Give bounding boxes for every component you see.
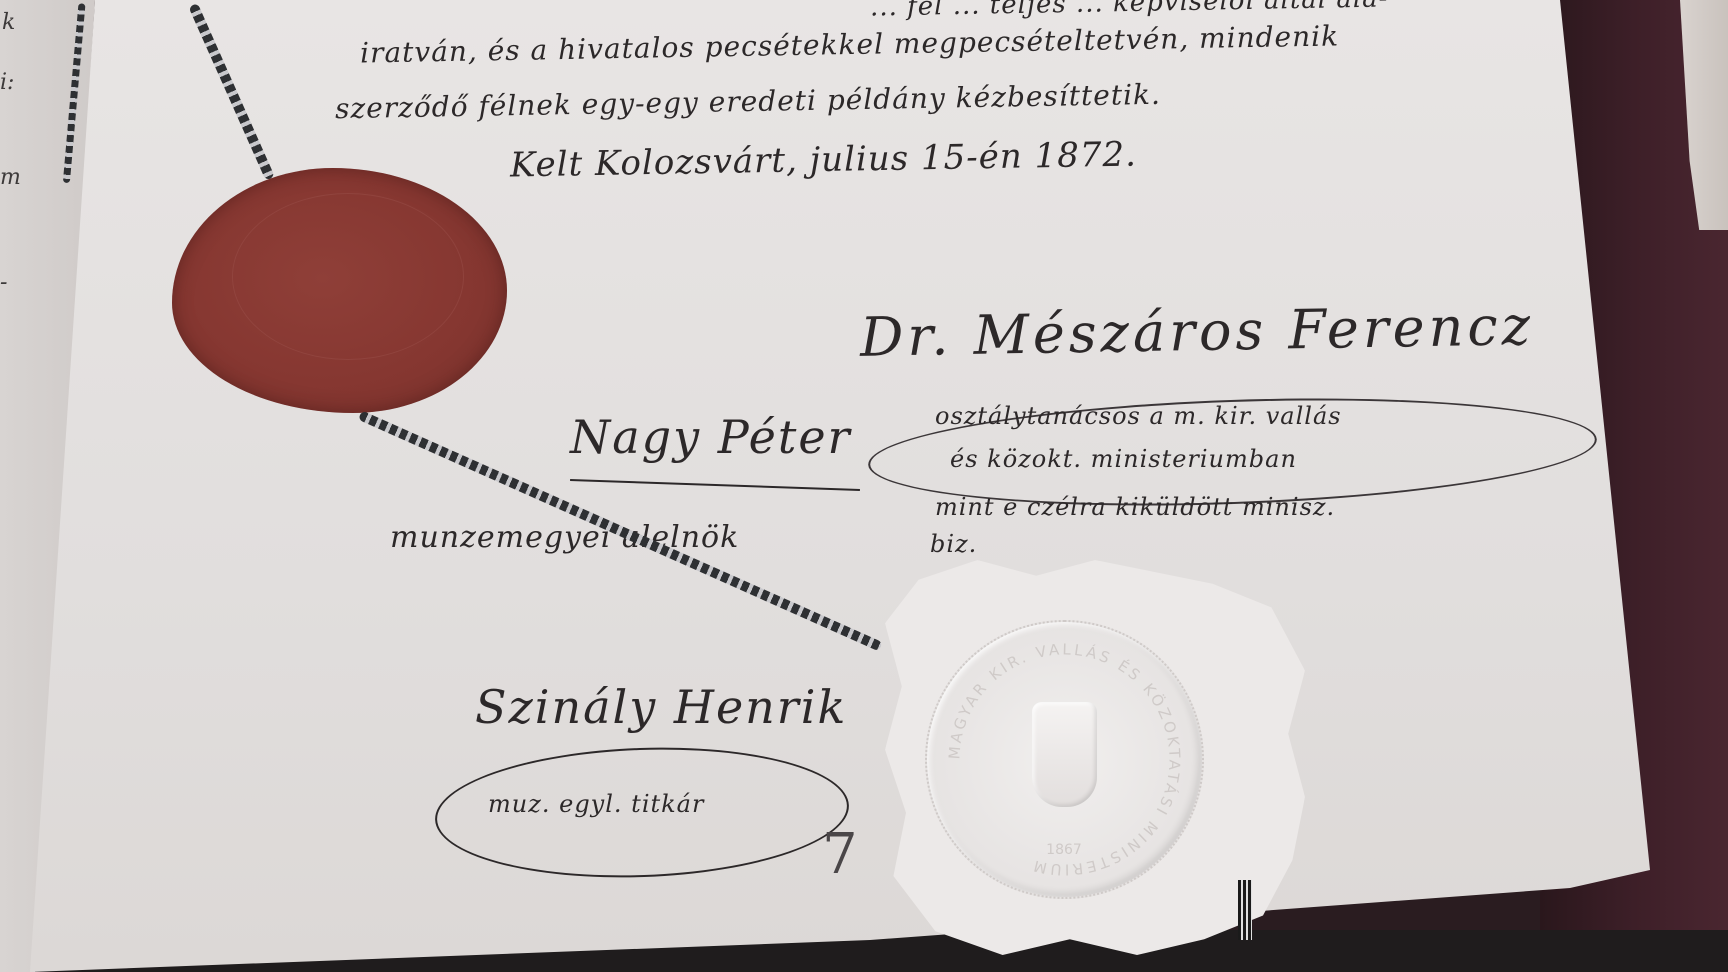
page-number: 7 (822, 822, 859, 887)
left-page-fragment: i: (0, 70, 14, 95)
svg-text:1867: 1867 (1046, 842, 1082, 858)
signature-meszaros: Dr. Mészáros Ferencz (860, 294, 1535, 369)
signature-szinaly: Szinály Henrik (475, 680, 847, 734)
signatory-title-line: mint e czélra kiküldött minisz. (935, 493, 1335, 521)
signatory-title-line: és közokt. ministeriumban (950, 445, 1297, 473)
signatory-title-line: biz. (930, 530, 977, 558)
left-page-fragment: k (2, 10, 15, 35)
wax-seal-impression (232, 193, 464, 360)
left-page-fragment: - (0, 270, 7, 295)
signature-nagy: Nagy Péter (570, 410, 852, 464)
wax-seal-icon (172, 168, 507, 413)
seal-threads-icon (1238, 880, 1252, 940)
coat-of-arms-icon (1032, 702, 1097, 807)
signatory-title-line: osztálytanácsos a m. kir. vallás (935, 402, 1342, 430)
document-photo: k i: m - ... fél ... teljes ... képvisel… (0, 0, 1728, 972)
embossed-seal-icon: MAGYAR KIR. VALLÁS ÉS KÖZOKTATÁSI MINIST… (925, 620, 1204, 899)
signatory-title-line: muz. egyl. titkár (488, 790, 704, 818)
signatory-title-line: munzemegyei alelnök (390, 520, 739, 555)
left-page-fragment: m (0, 165, 21, 190)
